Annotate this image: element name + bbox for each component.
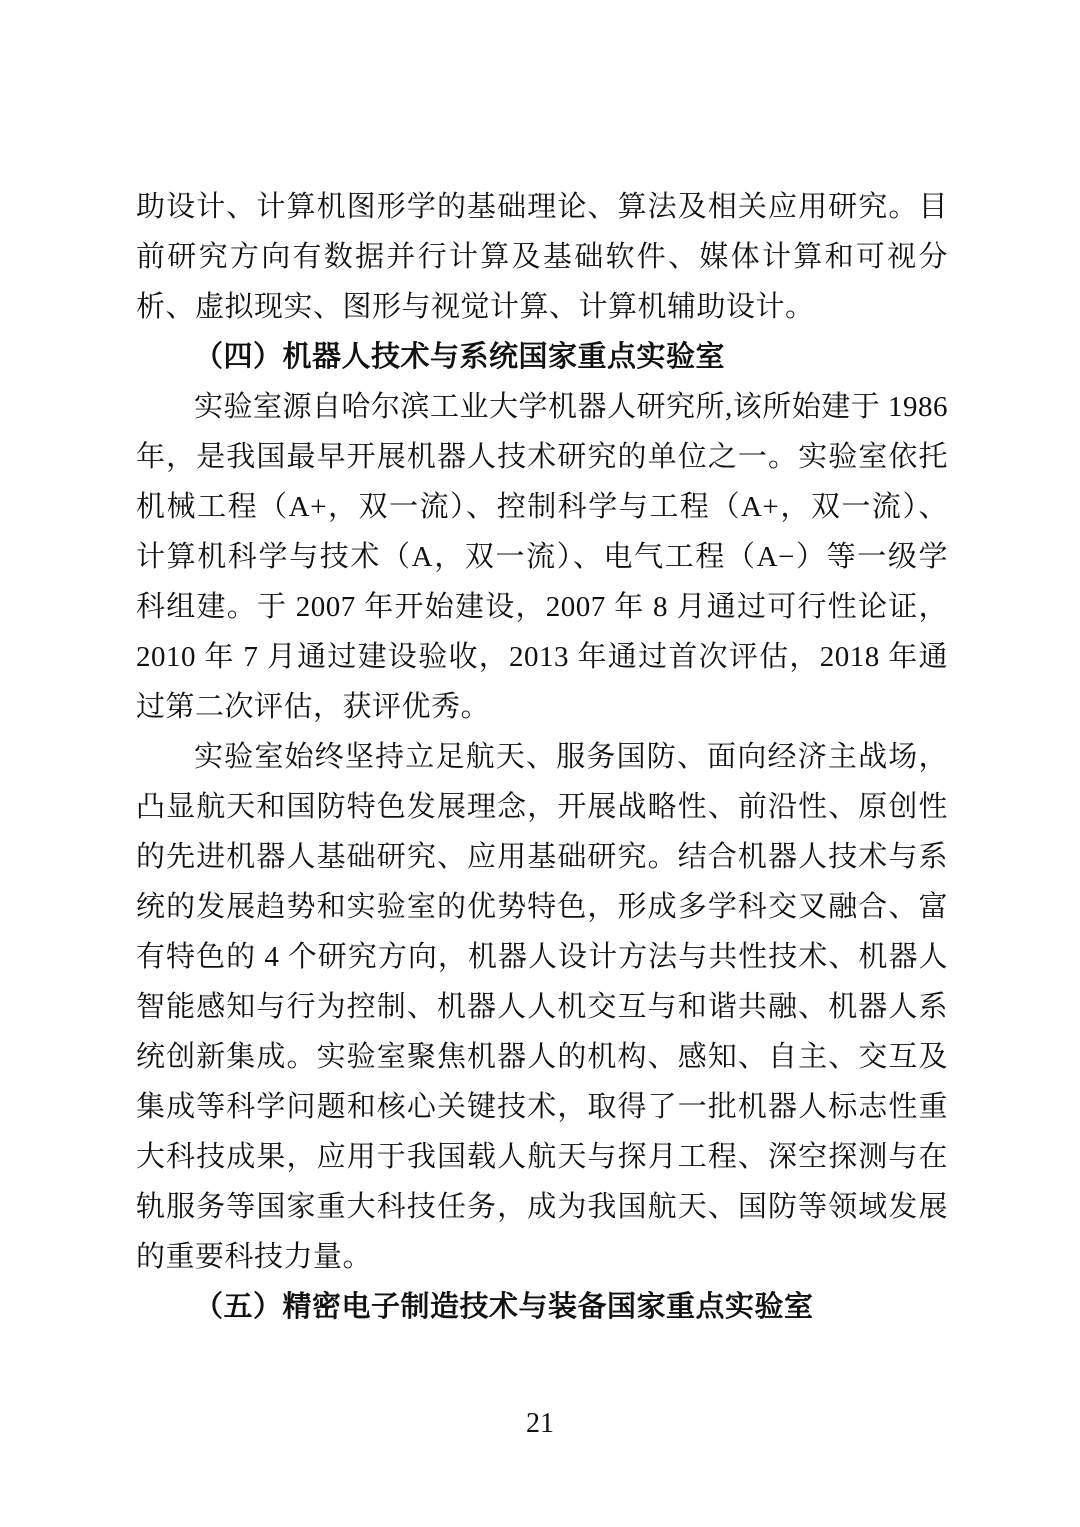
section-heading-5: （五）精密电子制造技术与装备国家重点实验室	[136, 1282, 948, 1332]
page-number: 21	[0, 1406, 1080, 1442]
section-heading-4: （四）机器人技术与系统国家重点实验室	[136, 332, 948, 382]
page-content: 助设计、计算机图形学的基础理论、算法及相关应用研究。目前研究方向有数据并行计算及…	[136, 182, 948, 1332]
paragraph-lab-research: 实验室始终坚持立足航天、服务国防、面向经济主战场，凸显航天和国防特色发展理念，开…	[136, 732, 948, 1282]
paragraph-continuation: 助设计、计算机图形学的基础理论、算法及相关应用研究。目前研究方向有数据并行计算及…	[136, 182, 948, 332]
document-page: 助设计、计算机图形学的基础理论、算法及相关应用研究。目前研究方向有数据并行计算及…	[0, 0, 1080, 1527]
paragraph-lab-history: 实验室源自哈尔滨工业大学机器人研究所,该所始建于 1986 年，是我国最早开展机…	[136, 382, 948, 732]
